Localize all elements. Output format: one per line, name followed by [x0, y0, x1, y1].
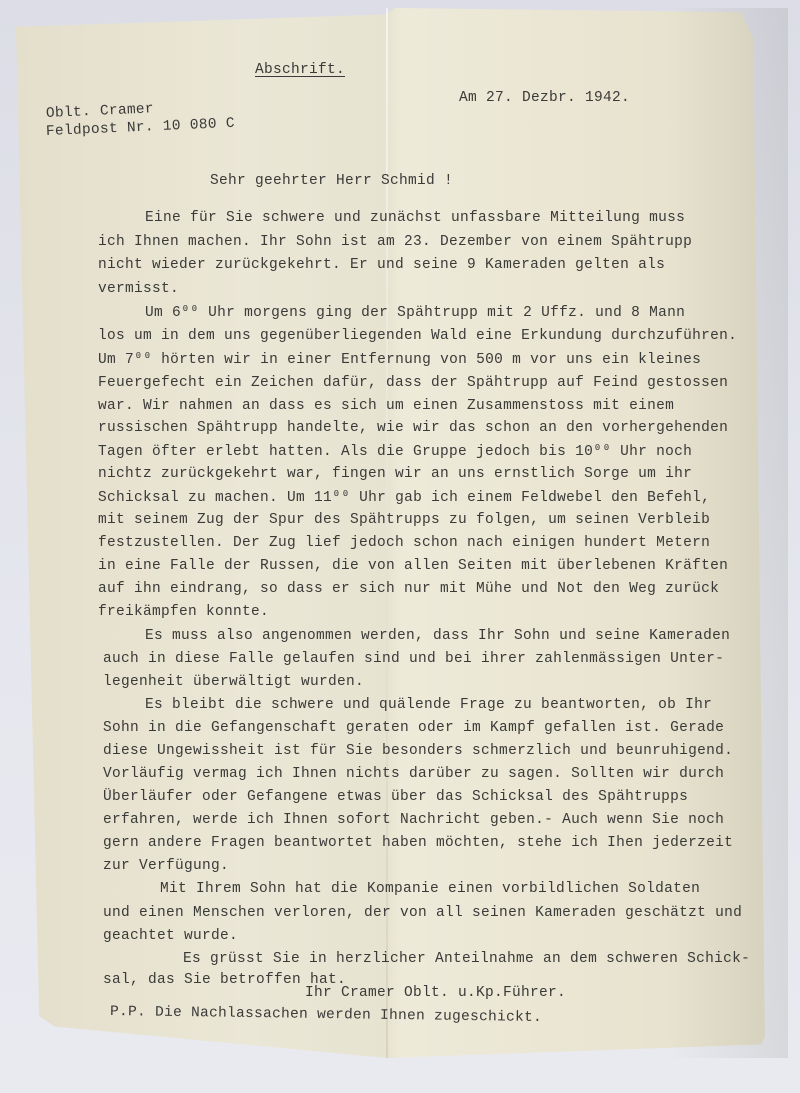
body-line: Vorläufig vermag ich Ihnen nichts darübe…: [103, 766, 724, 782]
body-line: nicht wieder zurückgekehrt. Er und seine…: [98, 257, 665, 273]
body-line: Es grüsst Sie in herzlicher Anteilnahme …: [183, 951, 750, 967]
body-line: Eine für Sie schwere und zunächst unfass…: [145, 210, 685, 226]
document-heading: Abschrift.: [255, 62, 345, 78]
body-line: Feuergefecht ein Zeichen dafür, dass der…: [98, 375, 728, 391]
body-line: auch in diese Falle gelaufen sind und be…: [103, 651, 724, 667]
body-line: nichtz zurückgekehrt war, fingen wir an …: [98, 466, 692, 482]
body-line: Schicksal zu machen. Um 11⁰⁰ Uhr gab ich…: [98, 489, 710, 506]
body-line: legenheit überwältigt wurden.: [103, 674, 364, 690]
paper-fold: [386, 8, 388, 1058]
body-line: freikämpfen konnte.: [98, 604, 269, 620]
body-line: Es muss also angenommen werden, dass Ihr…: [145, 628, 730, 644]
body-line: und einen Menschen verloren, der von all…: [103, 905, 742, 921]
body-line: ich Ihnen machen. Ihr Sohn ist am 23. De…: [98, 234, 692, 250]
letter-paper: [16, 8, 788, 1058]
body-line: zur Verfügung.: [103, 858, 229, 874]
body-line: festzustellen. Der Zug lief jedoch schon…: [98, 535, 710, 551]
body-line: Um 6⁰⁰ Uhr morgens ging der Spähtrupp mi…: [145, 304, 685, 321]
body-line: war. Wir nahmen an dass es sich um einen…: [98, 398, 674, 414]
body-line: Um 7⁰⁰ hörten wir in einer Entfernung vo…: [98, 351, 701, 368]
body-line: los um in dem uns gegenüberliegenden Wal…: [98, 328, 737, 344]
body-line: Sohn in die Gefangenschaft geraten oder …: [103, 720, 724, 736]
body-line: mit seinem Zug der Spur des Spähtrupps z…: [98, 512, 710, 528]
body-line: Überläufer oder Gefangene etwas über das…: [103, 789, 688, 805]
signature: Ihr Cramer Oblt. u.Kp.Führer.: [305, 985, 566, 1001]
body-line: erfahren, werde ich Ihnen sofort Nachric…: [103, 812, 724, 828]
body-line: gern andere Fragen beantwortet haben möc…: [103, 835, 733, 851]
body-line: in eine Falle der Russen, die von allen …: [98, 558, 728, 574]
body-line: geachtet wurde.: [103, 928, 238, 944]
body-line: auf ihn eindrang, so dass er sich nur mi…: [98, 581, 719, 597]
salutation: Sehr geehrter Herr Schmid !: [210, 173, 453, 189]
body-line: russischen Spähtrupp handelte, wie wir d…: [98, 420, 728, 436]
body-line: vermisst.: [98, 281, 179, 297]
letter-date: Am 27. Dezbr. 1942.: [459, 90, 630, 106]
body-line: diese Ungewissheit ist für Sie besonders…: [103, 743, 733, 759]
body-line: Tagen öfter erlebt hatten. Als die Grupp…: [98, 443, 692, 460]
body-line: Mit Ihrem Sohn hat die Kompanie einen vo…: [160, 881, 700, 897]
body-line: Es bleibt die schwere und quälende Frage…: [145, 697, 712, 713]
